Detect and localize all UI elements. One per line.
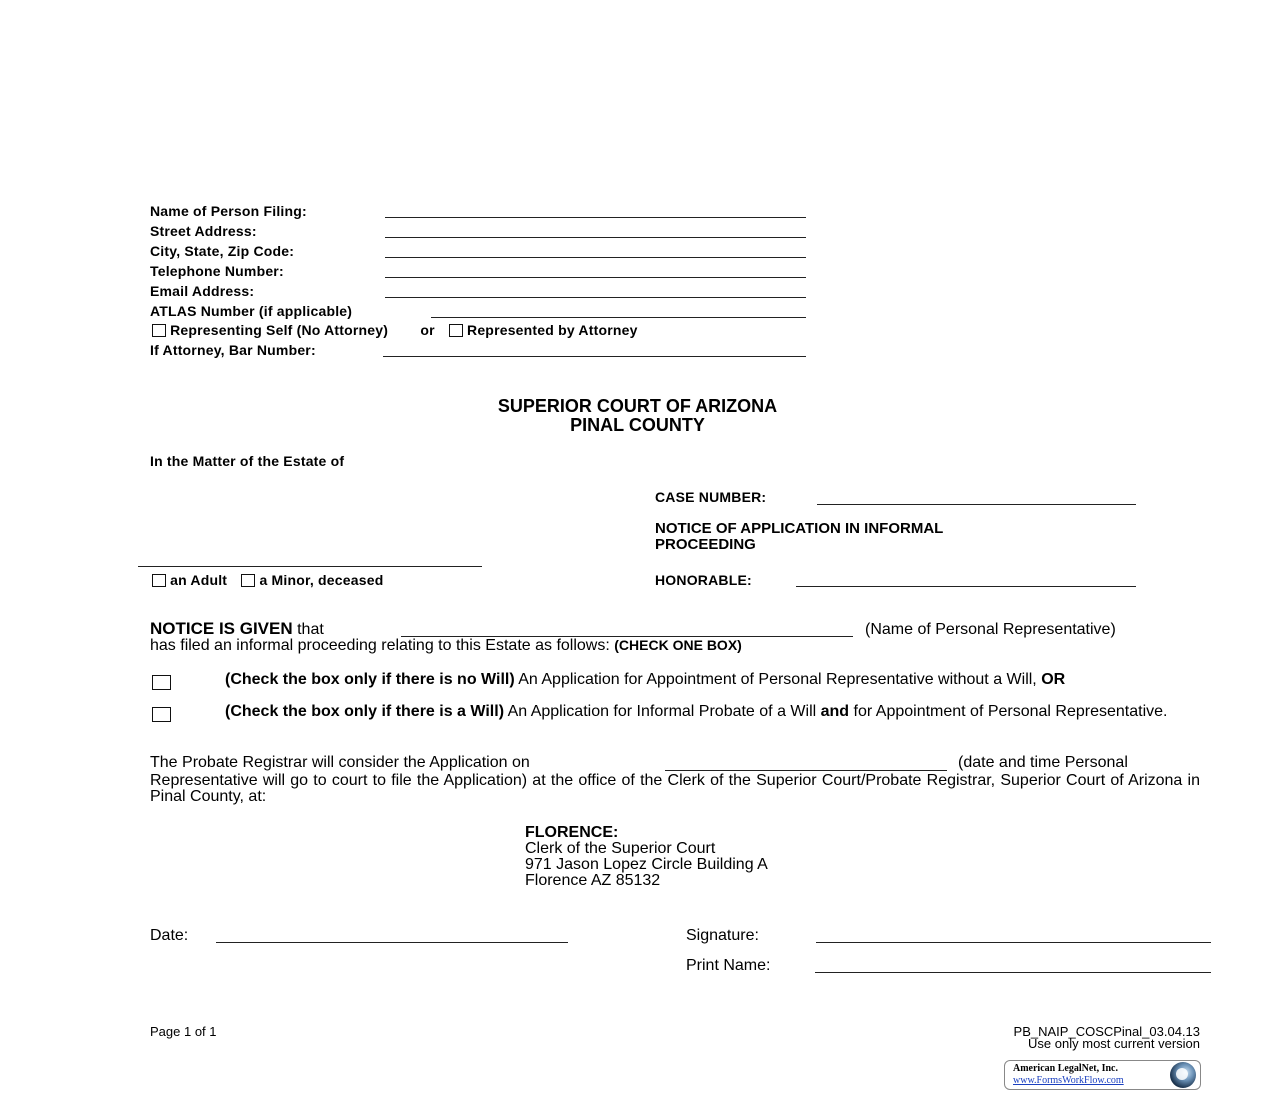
address-line3: Florence AZ 85132 (525, 873, 768, 889)
representing-self-label: Representing Self (No Attorney) (170, 322, 388, 338)
no-will-option-body: An Application for Appointment of Person… (518, 671, 1037, 688)
atlas-number-field[interactable] (431, 317, 806, 318)
estate-of-label: In the Matter of the Estate of (150, 453, 344, 469)
notice-line2-text: has filed an informal proceeding relatin… (150, 637, 610, 654)
or-label: or (420, 322, 434, 338)
page-info: Page 1 of 1 (150, 1024, 217, 1039)
address-line1: Clerk of the Superior Court (525, 841, 768, 857)
with-will-checkbox[interactable] (152, 707, 171, 722)
represented-by-attorney-checkbox[interactable] (449, 324, 463, 337)
case-number-label: CASE NUMBER: (655, 489, 766, 505)
honorable-label: HONORABLE: (655, 572, 752, 588)
court-address: FLORENCE: Clerk of the Superior Court 97… (525, 825, 768, 889)
represented-by-attorney-label: Represented by Attorney (467, 322, 638, 338)
adult-label: an Adult (170, 572, 227, 588)
email-address-label: Email Address: (150, 283, 254, 299)
city-state-zip-field[interactable] (385, 257, 806, 258)
signature-label: Signature: (686, 927, 759, 945)
notice-lead-bold: NOTICE IS GIVEN (150, 619, 293, 638)
date-label: Date: (150, 927, 188, 945)
registrar-line1: The Probate Registrar will consider the … (150, 754, 530, 772)
signature-field[interactable] (816, 942, 1211, 943)
atlas-number-label: ATLAS Number (if applicable) (150, 303, 352, 319)
case-number-field[interactable] (817, 504, 1136, 505)
notice-lead-rest: that (297, 621, 324, 638)
notice-lead: NOTICE IS GIVEN that (150, 619, 324, 639)
representing-self-checkbox[interactable] (152, 324, 166, 337)
hearing-date-field[interactable] (665, 770, 947, 771)
date-field[interactable] (216, 942, 568, 943)
check-one-box-label: (CHECK ONE BOX) (614, 637, 742, 653)
minor-label: a Minor, deceased (259, 572, 383, 588)
adult-checkbox[interactable] (152, 574, 166, 587)
globe-icon (1170, 1062, 1196, 1088)
street-address-label: Street Address: (150, 223, 257, 239)
registrar-paragraph: Representative will go to court to file … (150, 773, 1200, 805)
name-of-person-filing-field[interactable] (385, 217, 806, 218)
address-city-heading: FLORENCE: (525, 825, 768, 841)
court-title: SUPERIOR COURT OF ARIZONA (0, 396, 1275, 417)
with-will-option-body-b: for Appointment of Personal Representati… (854, 703, 1168, 720)
court-county: PINAL COUNTY (0, 415, 1275, 436)
with-will-option-body-a: An Application for Informal Probate of a… (508, 703, 817, 720)
street-address-field[interactable] (385, 237, 806, 238)
address-line2: 971 Jason Lopez Circle Building A (525, 857, 768, 873)
no-will-option-prefix: (Check the box only if there is no Will) (225, 671, 515, 688)
version-note: Use only most current version (1028, 1036, 1200, 1051)
telephone-number-field[interactable] (385, 277, 806, 278)
honorable-field[interactable] (796, 586, 1136, 587)
publisher-name: American LegalNet, Inc. (1013, 1063, 1118, 1074)
document-title-line2: PROCEEDING (655, 536, 756, 553)
print-name-label: Print Name: (686, 957, 770, 975)
estate-name-field[interactable] (138, 566, 482, 567)
registrar-date-hint: (date and time Personal (958, 754, 1128, 772)
print-name-field[interactable] (815, 972, 1211, 973)
notice-line2: has filed an informal proceeding relatin… (150, 637, 742, 655)
no-will-option-text: (Check the box only if there is no Will)… (225, 672, 1200, 688)
email-address-field[interactable] (385, 297, 806, 298)
minor-checkbox[interactable] (241, 574, 255, 587)
publisher-url-link[interactable]: www.FormsWorkFlow.com (1013, 1075, 1124, 1086)
bar-number-label: If Attorney, Bar Number: (150, 342, 316, 358)
no-will-option-suffix: OR (1041, 671, 1065, 688)
telephone-number-label: Telephone Number: (150, 263, 284, 279)
decedent-status-row: an Adult a Minor, deceased (152, 572, 383, 588)
name-of-person-filing-label: Name of Person Filing: (150, 203, 307, 219)
personal-representative-hint: (Name of Personal Representative) (865, 621, 1116, 639)
no-will-checkbox[interactable] (152, 675, 171, 690)
representation-row: Representing Self (No Attorney) or Repre… (152, 322, 638, 338)
publisher-logo[interactable]: American LegalNet, Inc. www.FormsWorkFlo… (1004, 1060, 1201, 1090)
bar-number-field[interactable] (383, 356, 806, 357)
with-will-option-prefix: (Check the box only if there is a Will) (225, 703, 504, 720)
city-state-zip-label: City, State, Zip Code: (150, 243, 294, 259)
with-will-option-text: (Check the box only if there is a Will) … (225, 704, 1200, 720)
document-title-line1: NOTICE OF APPLICATION IN INFORMAL (655, 520, 943, 537)
with-will-option-and: and (821, 703, 849, 720)
